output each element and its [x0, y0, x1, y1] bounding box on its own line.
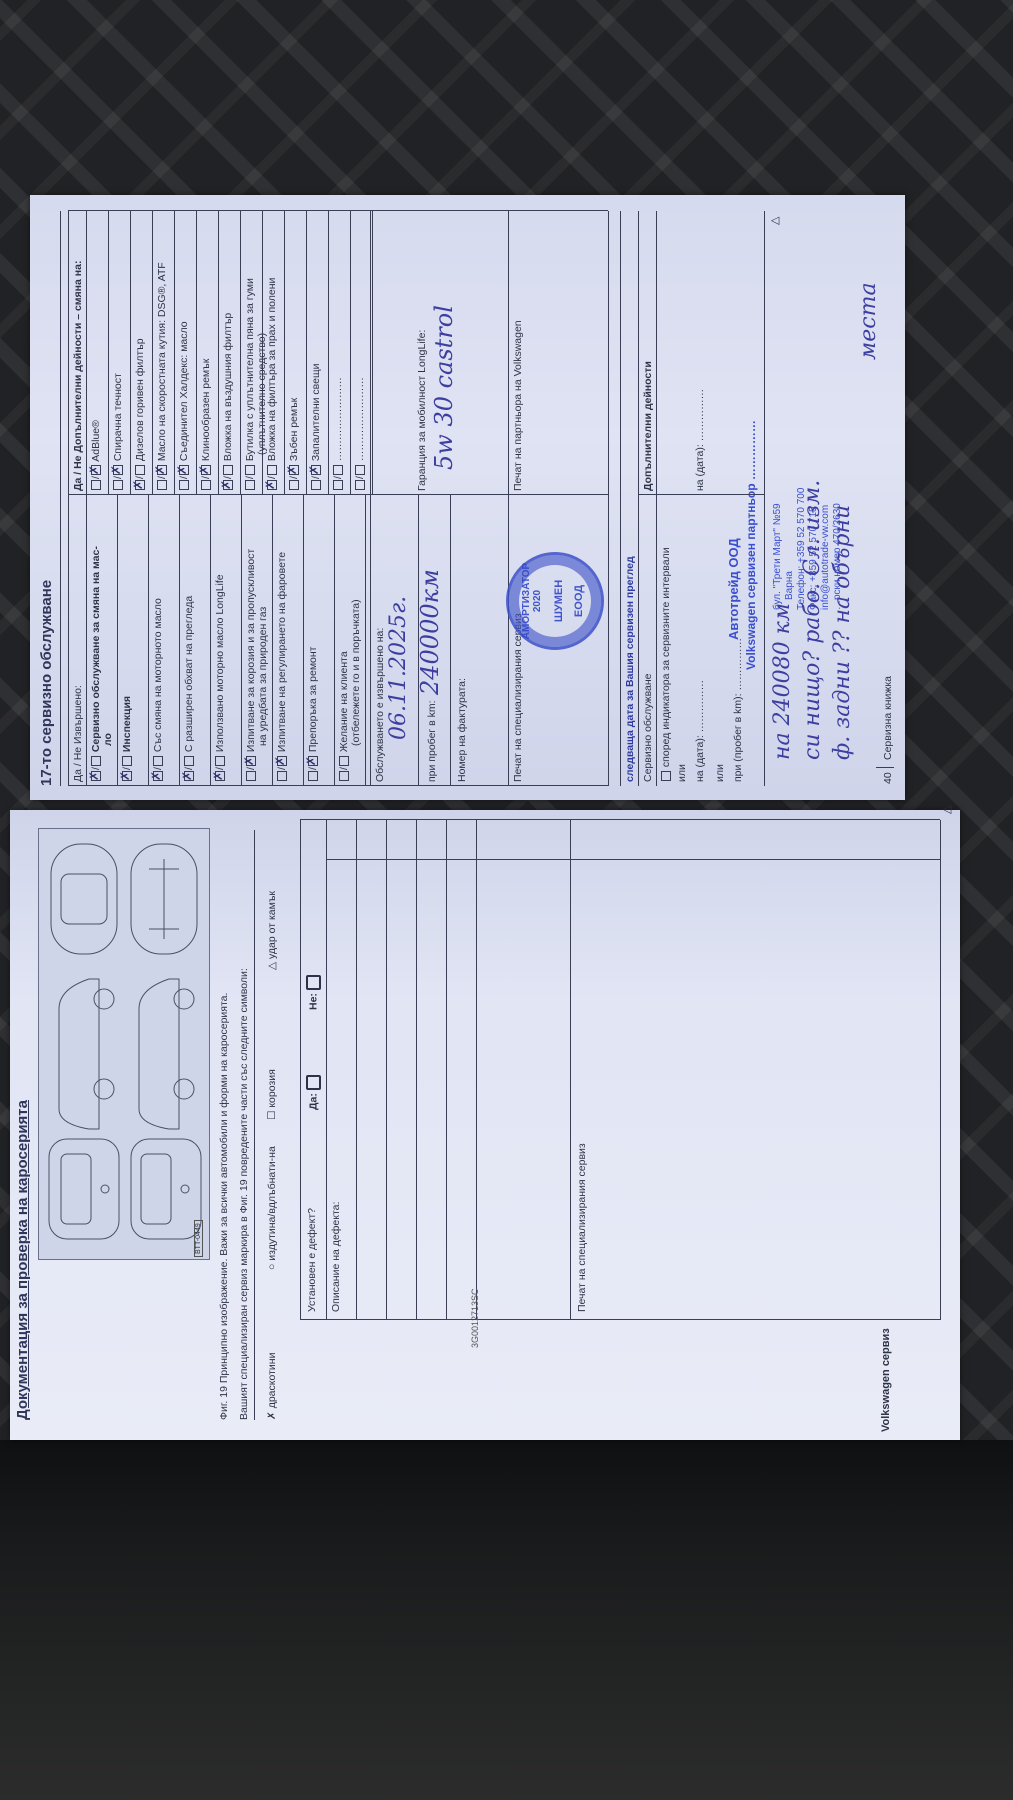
checklist-label: …………………… — [354, 377, 366, 464]
mileage-handwritten: 240000км — [416, 569, 444, 695]
checklist-label: Бутилка с уплътнителна пяна за гуми — [244, 278, 256, 464]
dealer-address: бул. "Трети Март" №59 — [772, 503, 783, 610]
dealer-city: Варна — [784, 571, 795, 600]
yes-checkbox[interactable] — [215, 771, 225, 781]
no-checkbox[interactable] — [311, 465, 321, 475]
checklist-row: / Съединител Халдекс: масло — [178, 321, 190, 491]
checklist-label: Съединител Халдекс: масло — [178, 321, 190, 464]
checklist-row: / Изпитване на регулирането на фаровете — [276, 552, 288, 782]
doc-code-label: 3G0012713SC — [470, 1288, 480, 1348]
no-checkbox[interactable] — [122, 756, 132, 766]
round-stamp: АМОРТИЗАТОР 2020 ШУМЕН ЕООД — [506, 552, 604, 650]
checklist-row: / Бутилка с уплътнителна пяна за гуми(уп… — [244, 278, 268, 491]
checklist-row: / Зъбен ремък — [288, 398, 300, 491]
checklist-label: Използвано моторно масло LongLife — [214, 574, 226, 755]
yes-checkbox[interactable] — [201, 480, 211, 490]
checklist-label: Спирачна течност — [112, 373, 124, 464]
no-checkbox[interactable] — [179, 465, 189, 475]
yes-checkbox[interactable] — [311, 480, 321, 490]
checklist-label: Клинообразен ремък — [200, 359, 212, 464]
checklist-label: Масло на скоростната кутия: DSG®, ATF — [156, 262, 168, 464]
mileage-label: при пробег в km: — [426, 700, 438, 782]
legend-item: △ удар от камък — [266, 891, 278, 970]
no-checkbox[interactable] — [113, 465, 123, 475]
checklist-label: Вложка на филтъра за прах и полени — [266, 278, 278, 464]
no-checkbox[interactable] — [201, 465, 211, 475]
by-indicator: според индикатора за сервизните интервал… — [660, 547, 672, 782]
no-checkbox[interactable] — [333, 465, 343, 475]
defect-question: Установен е дефект? — [306, 1208, 318, 1312]
checklist-row: / Със смяна на моторното масло — [152, 598, 164, 782]
checklist-row: / Масло на скоростната кутия: DSG®, ATF — [156, 262, 168, 491]
checklist-row: / Инспекция — [121, 696, 133, 782]
figure-19: BTT-0449 — [38, 828, 210, 1260]
yes-checkbox[interactable] — [184, 771, 194, 781]
yes-checkbox[interactable] — [91, 480, 101, 490]
defect-description-label: Описание на дефекта: — [330, 1202, 342, 1312]
checklist-label: Изпитване на регулирането на фаровете — [276, 552, 288, 755]
checklist-label: Желание на клиента — [338, 651, 350, 755]
checklist-label: С разширен обхват на прегледа — [183, 596, 195, 755]
checklist-label: Със смяна на моторното масло — [152, 598, 164, 755]
no-checkbox[interactable] — [339, 756, 349, 766]
checklist-row: / Желание на клиента(отбележете го и в п… — [338, 599, 362, 782]
service-date-handwritten: 06.11.2025г. — [386, 596, 411, 740]
checklist-row: / С разширен обхват на прегледа — [183, 596, 195, 782]
no-checkbox[interactable] — [91, 756, 101, 766]
no-checkbox[interactable] — [223, 465, 233, 475]
legend-item: ✗ драскотини — [266, 1353, 278, 1420]
page-sheet: 17-то сервизно обслужване Да / Не Извърш… — [30, 195, 905, 800]
checklist-row: / Вложка на въздушния филтър — [222, 313, 234, 491]
extra-date-field: на (дата): …………… — [694, 389, 706, 491]
continue-triangle: △ — [768, 217, 781, 225]
dealer-name: Автотрейд ООД — [726, 538, 741, 640]
checklist-row: / …………………… — [332, 377, 344, 491]
oil-handwritten: 5w 30 castrol — [430, 305, 458, 470]
right-col-header: Да / Не Допълнителни дейности – смяна на… — [72, 261, 84, 491]
checklist-label: …………………… — [332, 377, 344, 464]
checklist-row: / …………………… — [354, 377, 366, 491]
mat-shadow — [0, 1440, 1013, 1800]
no-checkbox[interactable] — [267, 465, 277, 475]
yes-checkbox[interactable] — [179, 480, 189, 490]
yes-checkbox[interactable] — [223, 480, 233, 490]
checklist-row: / Дизелов горивен филтър — [134, 338, 146, 491]
yes-checkbox[interactable] — [153, 771, 163, 781]
defect-no[interactable]: Не: — [306, 975, 321, 1010]
no-checkbox[interactable] — [277, 756, 287, 766]
or-label: или — [676, 764, 688, 782]
no-checkbox[interactable] — [184, 756, 194, 766]
page-footer: Сервизна книжка — [882, 676, 894, 760]
next-mileage-field: при (пробег в km): …………… — [732, 638, 744, 782]
service-done-label: Обслужването е извършено на: — [374, 628, 386, 782]
yes-checkbox[interactable] — [157, 480, 167, 490]
yes-checkbox[interactable] — [308, 771, 318, 781]
no-checkbox[interactable] — [246, 756, 256, 766]
yes-checkbox[interactable] — [355, 480, 365, 490]
checklist-row: / Запалителни свещи — [310, 364, 322, 491]
no-checkbox[interactable] — [245, 465, 255, 475]
checklist-label: Инспекция — [121, 696, 133, 755]
checklist-label: Препоръка за ремонт — [307, 647, 319, 756]
yes-checkbox[interactable] — [277, 771, 287, 781]
service-page-41: Документация за проверка на каросерията — [10, 810, 960, 1440]
checklist-row: / Клинообразен ремък — [200, 359, 212, 491]
checklist-row: / Използвано моторно масло LongLife — [214, 574, 226, 782]
checklist-row: / Сервизно обслужване за смяна на мас-ло — [90, 546, 114, 782]
no-checkbox[interactable] — [157, 465, 167, 475]
no-checkbox[interactable] — [135, 465, 145, 475]
partner-line: Volkswagen сервизен партньор …………… — [744, 420, 758, 670]
no-checkbox[interactable] — [308, 756, 318, 766]
no-checkbox[interactable] — [355, 465, 365, 475]
service-page-40: 17-то сервизно обслужване Да / Не Извърш… — [30, 195, 905, 800]
next-service-header: следваща дата за Вашия сервизен преглед — [624, 556, 636, 782]
left-col-header: Да / Не Извършено: — [72, 685, 84, 782]
yes-checkbox[interactable] — [333, 480, 343, 490]
figure-caption: Фиг. 19 Принципно изображение. Важи за в… — [218, 993, 230, 1420]
next-date-field: на (дата): …………… — [694, 680, 706, 782]
continue-triangle: △ — [940, 806, 953, 814]
yes-checkbox[interactable] — [122, 771, 132, 781]
legend-item: ○ издутина/вдлъбнати-на — [266, 1146, 278, 1270]
legend-item: ☐ корозия — [266, 1069, 278, 1120]
yes-checkbox[interactable] — [289, 480, 299, 490]
handwritten-note-3: ф. задни ?? на обърни — [830, 505, 855, 760]
handwritten-note-4: места — [856, 282, 881, 360]
yes-checkbox[interactable] — [245, 480, 255, 490]
checklist-label: Изпитване за корозия и за пропускливост — [245, 549, 257, 755]
checklist-row: / AdBlue® — [90, 420, 102, 491]
checklist-label: Сервизно обслужване за смяна на мас- — [90, 546, 102, 755]
yes-checkbox[interactable] — [246, 771, 256, 781]
page-sheet: Документация за проверка на каросерията — [10, 810, 960, 1440]
checklist-row: / Спирачна течност — [112, 373, 124, 491]
car-outline-icons — [39, 829, 209, 1259]
extra-col-header: Допълнителни дейности — [642, 361, 654, 491]
no-checkbox[interactable] — [153, 756, 163, 766]
figure-code: BTT-0449 — [194, 1220, 203, 1257]
stamp-label: Печат на специализирания сервиз — [576, 1143, 588, 1312]
page-number: 40 — [882, 772, 894, 784]
invoice-label: Номер на фактурата: — [456, 678, 468, 782]
handwritten-note-1: на 240080 км — [770, 603, 795, 760]
checklist-label: Дизелов горивен филтър — [134, 338, 146, 464]
checklist-row: / Препоръка за ремонт — [307, 647, 319, 783]
checklist-row: / Изпитване за корозия и за пропускливос… — [245, 549, 269, 782]
checklist-label: AdBlue® — [90, 420, 102, 464]
checklist-label: Запалителни свещи — [310, 364, 322, 465]
page-title: Документация за проверка на каросерията — [14, 1100, 31, 1420]
handwritten-note-2: си нищо? рабо. Сл. изм. — [800, 480, 825, 760]
checklist-row: / Вложка на филтъра за прах и полени — [266, 278, 278, 491]
no-checkbox[interactable] — [91, 465, 101, 475]
stamp-partner-label: Печат на партньора на Volkswagen — [512, 320, 524, 491]
no-checkbox[interactable] — [215, 756, 225, 766]
yes-checkbox[interactable] — [113, 480, 123, 490]
mobility-label: Гаранция за мобилност LongLife: — [416, 330, 428, 491]
no-checkbox[interactable] — [289, 465, 299, 475]
yes-checkbox[interactable] — [135, 480, 145, 490]
instruction: Вашият специализиран сервиз маркира в Фи… — [238, 968, 250, 1420]
yes-checkbox[interactable] — [339, 771, 349, 781]
checklist-label: Зъбен ремък — [288, 398, 300, 464]
or-label-2: или — [714, 764, 726, 782]
defect-yes[interactable]: Да: — [306, 1075, 321, 1110]
yes-checkbox[interactable] — [267, 480, 277, 490]
service-col-header: Сервизно обслужване — [642, 673, 654, 782]
page-title: 17-то сервизно обслужване — [38, 580, 55, 786]
checklist-label: Вложка на въздушния филтър — [222, 313, 234, 464]
page-footer: Volkswagen сервиз — [880, 1328, 892, 1432]
yes-checkbox[interactable] — [91, 771, 101, 781]
